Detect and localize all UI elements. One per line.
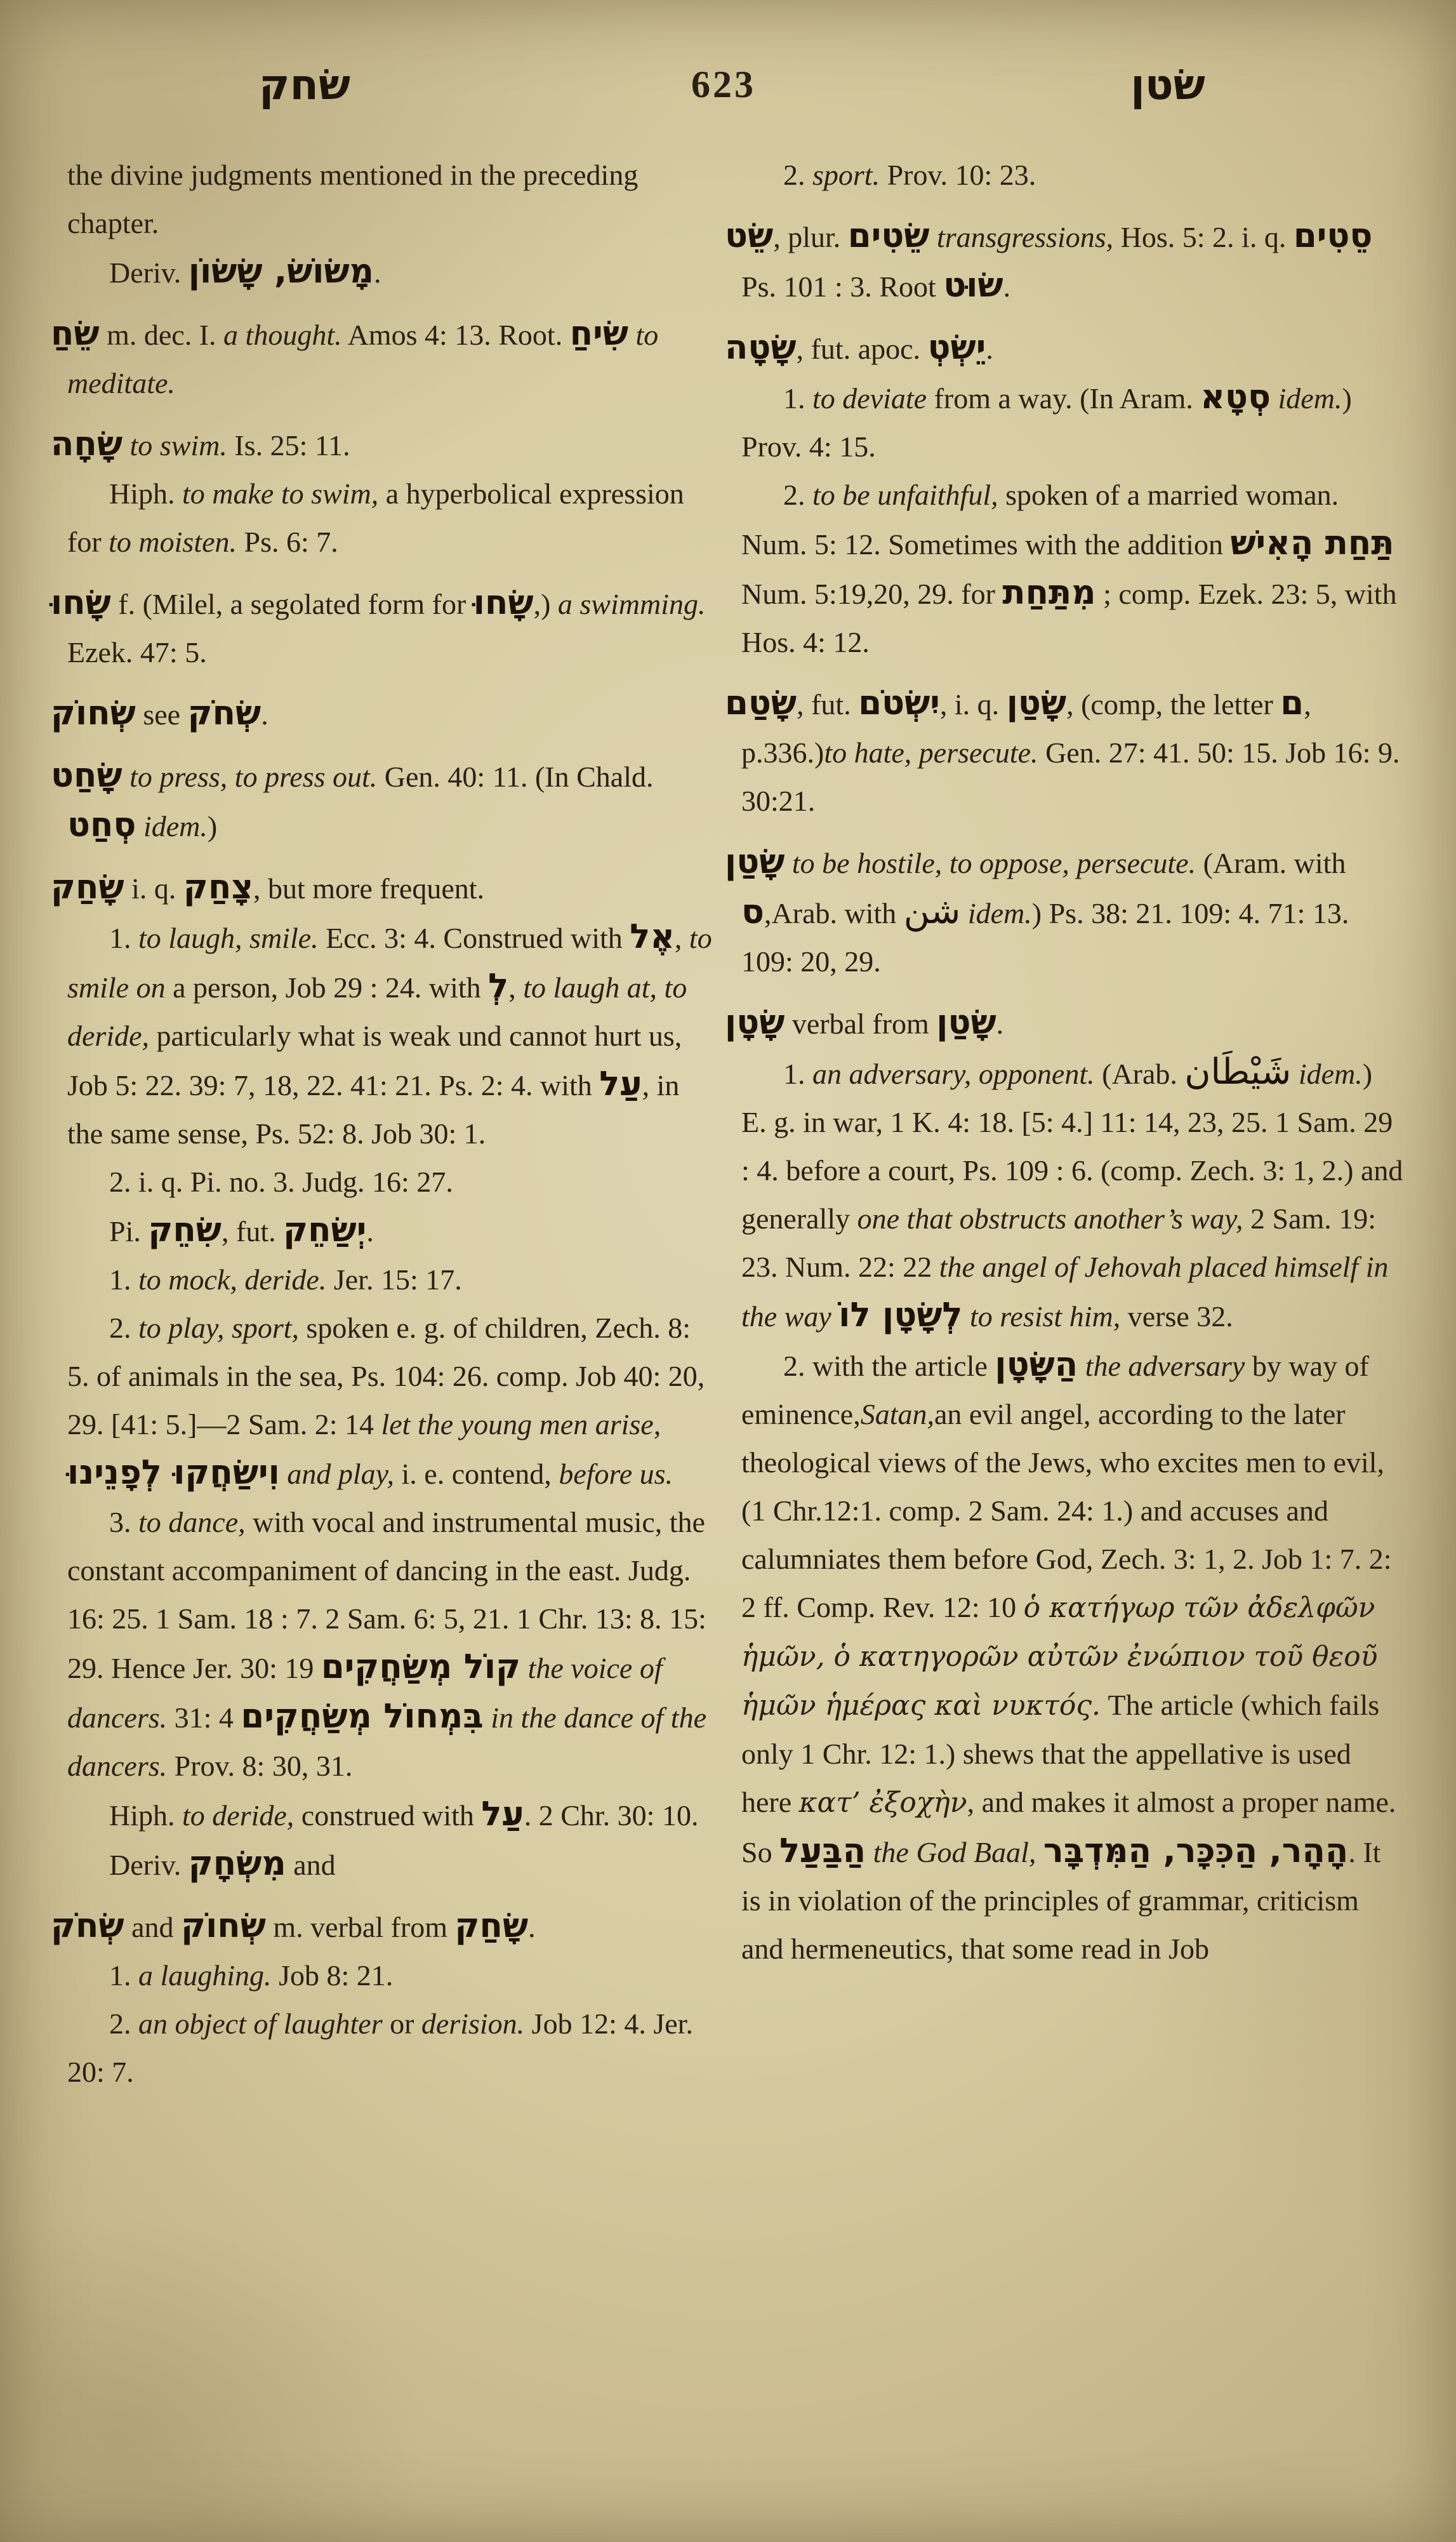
hebrew-text: שָׂחַק	[51, 868, 124, 907]
latin-text: Deriv.	[109, 1849, 189, 1881]
latin-text: Jer. 15: 17.	[326, 1263, 461, 1296]
italic-text: idem.	[136, 810, 207, 842]
latin-text: 3.	[109, 1506, 138, 1538]
latin-text: Deriv.	[109, 256, 189, 289]
paragraph: 1. a laughing. Job 8: 21.	[67, 1952, 713, 2000]
latin-text: , fut.	[797, 688, 858, 721]
lexicon-entry: שְׂחֹק and שְׂחוֹק m. verbal from שָׂחַק…	[67, 1902, 713, 1952]
latin-text: from a way. (In Aram.	[927, 382, 1200, 415]
latin-text: and	[286, 1849, 336, 1881]
latin-text: 1.	[109, 1959, 138, 1992]
hebrew-text: הָהָר, הַכִּכָּר, הַמִּדְבָּר	[1043, 1832, 1348, 1870]
latin-text: Hiph.	[109, 477, 182, 510]
paragraph: Hiph. to make to swim, a hyperbolical ex…	[67, 470, 713, 566]
lexicon-entry: שֵׂחַ m. dec. I. a thought. Amos 4: 13. …	[67, 310, 713, 408]
latin-text	[1036, 1836, 1043, 1868]
italic-text: to make to swim,	[182, 477, 378, 510]
hebrew-text: שְׂחֹק	[51, 1906, 124, 1945]
running-head-right: שׂטן	[1066, 50, 1269, 119]
hebrew-text: לְשָׂטָן לוֹ	[838, 1296, 962, 1334]
latin-text: 2.	[783, 479, 812, 511]
latin-text: i. e. contend,	[394, 1458, 559, 1490]
latin-text: , but more frequent.	[253, 872, 484, 905]
italic-text: idem.	[960, 897, 1031, 929]
hebrew-text: שְׂחֹק	[188, 694, 261, 733]
latin-text: Gen. 40: 11. (In Chald.	[377, 761, 653, 793]
hebrew-text: הַבַּעַל	[779, 1832, 866, 1870]
latin-text: construed with	[294, 1799, 481, 1832]
latin-text: Pi.	[109, 1215, 148, 1248]
latin-text: )	[208, 810, 217, 842]
italic-text: to moisten.	[109, 526, 237, 558]
latin-text: , fut. apoc.	[797, 333, 928, 365]
lexicon-entry: שָׂטַם, fut. יִשְׂטֹם, i. q. שָׂטַן, (co…	[741, 679, 1404, 825]
paragraph: 2. an object of laughter or derision. Jo…	[67, 2000, 713, 2096]
latin-text: (Aram. with	[1196, 847, 1346, 879]
latin-text: .	[986, 333, 993, 365]
lexicon-entry: שָׂטַן to be hostile, to oppose, persecu…	[741, 838, 1404, 986]
hebrew-text: מִתַּחַת	[1002, 573, 1095, 612]
latin-text: Ecc. 3: 4. Construed with	[319, 922, 630, 954]
italic-text: a thought.	[223, 319, 342, 351]
hebrew-text: שָׂחָה	[51, 425, 122, 463]
italic-text: transgressions,	[929, 221, 1113, 253]
running-head-right-text: שׂטן	[1130, 60, 1205, 109]
paragraph: 2. with the article הַשָּׂטָן the advers…	[741, 1341, 1404, 1973]
hebrew-text: ם	[1280, 684, 1304, 722]
lexicon-page: שׂחק 623 שׂטן the divine judgments menti…	[0, 0, 1456, 2542]
latin-text: or	[383, 2007, 421, 2040]
hebrew-text: תַּחַת הָאִישׁ	[1230, 524, 1394, 562]
latin-text: Ps. 6: 7.	[237, 526, 338, 558]
arabic-text: شَيْطَان	[1184, 1051, 1291, 1093]
latin-text: ,Arab. with	[764, 897, 904, 929]
latin-text: .	[1003, 270, 1011, 303]
latin-text: (Arab.	[1095, 1058, 1185, 1090]
lexicon-entry: שָׂחָה to swim. Is. 25: 11.	[67, 420, 713, 470]
paragraph: 1. to laugh, smile. Ecc. 3: 4. Construed…	[67, 913, 713, 1158]
page-number: 623	[654, 50, 793, 119]
latin-text: Job 8: 21.	[272, 1959, 394, 1992]
paragraph: 1. an adversary, opponent. (Arab. شَيْطَ…	[741, 1048, 1404, 1341]
latin-text: a person, Job 29 : 24. with	[166, 971, 489, 1004]
hebrew-text: שָׂחַט	[51, 756, 122, 795]
italic-text: to deviate	[812, 382, 927, 415]
latin-text: Hos. 5: 2. i. q.	[1113, 221, 1294, 253]
running-head-left: שׂחק	[209, 50, 400, 119]
hebrew-text: מָשׂוֹשׂ, שָׂשׂוֹן	[189, 252, 374, 291]
latin-text: Ezek. 47: 5.	[67, 636, 207, 669]
latin-text: Prov. 8: 30, 31.	[167, 1750, 352, 1782]
italic-text: to be hostile, to oppose, persecute.	[784, 847, 1196, 879]
hebrew-text: לְ	[488, 967, 508, 1006]
lexicon-entry: שָׂטָן verbal from שָׂטַן.	[741, 999, 1404, 1048]
greek-text: κατ’ ἐξοχὴν	[799, 1787, 967, 1819]
italic-text: idem.	[1271, 382, 1342, 415]
paragraph: 2. i. q. Pi. no. 3. Judg. 16: 27.	[67, 1158, 713, 1206]
latin-text: Amos 4: 13. Root.	[342, 319, 570, 351]
hebrew-text: סֵטִים	[1294, 216, 1373, 255]
latin-text: and	[124, 1911, 181, 1943]
italic-text: to be unfaithful,	[812, 479, 998, 511]
latin-text: .	[374, 256, 381, 289]
italic-text: to resist him,	[962, 1300, 1120, 1333]
latin-text: 2. with the article	[783, 1350, 995, 1382]
italic-text: to swim.	[122, 429, 227, 462]
hebrew-text: שִׂחֵק	[148, 1211, 222, 1249]
latin-text: Ps. 101 : 3. Root	[741, 270, 943, 303]
latin-text: 2. i. q. Pi. no. 3. Judg. 16: 27.	[109, 1166, 453, 1198]
latin-text: ,	[675, 922, 689, 954]
hebrew-text: קוֹל מְשַׂחֲקִים	[321, 1647, 520, 1686]
italic-text: before us.	[559, 1458, 673, 1490]
lexicon-entry: שָׂחוּ f. (Milel, a segolated form for ש…	[67, 579, 713, 677]
page-number-text: 623	[691, 63, 756, 107]
latin-text: .	[528, 1911, 536, 1943]
latin-text: Is. 25: 11.	[227, 429, 350, 462]
hebrew-text: שָׂחוּ	[473, 583, 534, 622]
latin-text: Hiph.	[109, 1799, 182, 1832]
latin-text: ,)	[534, 588, 558, 620]
paragraph: Pi. שִׂחֵק, fut. יְשַׂחֵק.	[67, 1206, 713, 1256]
hebrew-text: שְׂחוֹק	[181, 1906, 266, 1945]
italic-text: one that obstructs another’s way,	[857, 1202, 1243, 1235]
running-head-left-text: שׂחק	[259, 60, 350, 109]
arabic-text: شن	[904, 891, 961, 932]
latin-text: 2.	[109, 2007, 138, 2040]
hebrew-text: שָׂטַן	[725, 842, 784, 881]
latin-text: , plur.	[773, 221, 848, 253]
latin-text: Prov. 10: 23.	[880, 159, 1036, 191]
latin-text: 1.	[109, 1263, 138, 1296]
latin-text: .	[996, 1008, 1004, 1040]
latin-text: 2.	[109, 1312, 138, 1344]
italic-text: Satan,	[861, 1398, 934, 1430]
hebrew-text: עַל	[481, 1795, 524, 1833]
hebrew-text: יְשַׂחֵק	[283, 1211, 366, 1249]
latin-text: ,	[508, 971, 523, 1004]
italic-text: derision.	[421, 2007, 524, 2040]
hebrew-text: יִשְׂטֹם	[858, 684, 940, 722]
hebrew-text: סְחַט	[67, 806, 136, 844]
hebrew-text: שָׂטָן	[725, 1003, 784, 1042]
latin-text: Num. 5:19,20, 29. for	[741, 578, 1002, 610]
hebrew-text: יֵשְׂטְ	[928, 328, 986, 367]
italic-text: to laugh, smile.	[138, 922, 319, 954]
italic-text: to dance,	[138, 1506, 246, 1538]
hebrew-text: שָׂטַן	[936, 1003, 996, 1042]
latin-text: , i. q.	[940, 688, 1007, 721]
italic-text: to press, to press out.	[122, 761, 378, 793]
italic-text: to play, sport,	[138, 1312, 299, 1344]
hebrew-text: שָׂחוּ	[51, 583, 111, 622]
hebrew-text: שׂוּט	[943, 266, 1003, 305]
lexicon-entry: שָׂטָה, fut. apoc. יֵשְׂטְ.	[741, 324, 1404, 373]
hebrew-text: שָׂטַן	[1007, 684, 1066, 722]
latin-text: 2.	[783, 159, 812, 191]
hebrew-text: שֵׂחַ	[51, 314, 100, 353]
italic-text: sport.	[812, 159, 880, 191]
latin-text: , (comp, the letter	[1066, 688, 1280, 721]
hebrew-text: וִישַׂחֲקוּ לְפָנֵינוּ	[67, 1453, 280, 1492]
italic-text: the adversary	[1078, 1350, 1245, 1382]
hebrew-text: מִשְׂחָק	[189, 1844, 286, 1883]
paragraph: 1. to deviate from a way. (In Aram. סְטָ…	[741, 373, 1404, 471]
hebrew-text: עַל	[599, 1065, 642, 1103]
latin-text: , fut.	[222, 1215, 283, 1248]
lexicon-entry: שְׂחוֹק see שְׂחֹק.	[67, 689, 713, 739]
italic-text: a swimming.	[558, 588, 706, 620]
hebrew-text: שָׂחַק	[455, 1906, 529, 1945]
hebrew-text: שֵׂטִים	[848, 216, 930, 255]
latin-text: verse 32.	[1120, 1300, 1233, 1333]
latin-text: f. (Milel, a segolated form for	[111, 588, 473, 620]
paragraph: the divine judgments mentioned in the pr…	[67, 151, 713, 248]
paragraph: 2. to play, sport, spoken e. g. of child…	[67, 1304, 713, 1498]
hebrew-text: ס	[741, 893, 764, 931]
text-column-right: 2. sport. Prov. 10: 23.שֵׂט, plur. שֵׂטִ…	[741, 151, 1404, 1973]
italic-text: let the young men arise,	[381, 1408, 661, 1441]
hebrew-text: שָׂטָה	[725, 328, 797, 367]
latin-text: m. verbal from	[266, 1911, 455, 1943]
italic-text: an object of laughter	[138, 2007, 383, 2040]
hebrew-text: אֶל	[630, 917, 675, 956]
latin-text: .	[366, 1215, 374, 1248]
paragraph: Deriv. מָשׂוֹשׂ, שָׂשׂוֹן.	[67, 248, 713, 297]
latin-text: the divine judgments mentioned in the pr…	[67, 159, 638, 239]
paragraph: 2. to be unfaithful, spoken of a married…	[741, 471, 1404, 667]
hebrew-text: בִּמְחוֹל מְשַׂחֲקִים	[241, 1697, 483, 1736]
latin-text: m. dec. I.	[100, 319, 223, 351]
italic-text: to deride,	[182, 1799, 294, 1832]
hebrew-text: הַשָּׂטָן	[995, 1345, 1078, 1384]
lexicon-entry: שָׂחַק i. q. צָחַק, but more frequent.	[67, 863, 713, 913]
latin-text: particularly what is weak und cannot hur…	[67, 1020, 682, 1101]
latin-text: 31: 4	[167, 1701, 241, 1734]
italic-text: a laughing.	[138, 1959, 272, 1992]
hebrew-text: שֵׂט	[725, 216, 773, 255]
paragraph: 3. to dance, with vocal and instrumental…	[67, 1498, 713, 1790]
italic-text: idem.	[1291, 1058, 1362, 1090]
italic-text: to hate, persecute.	[824, 736, 1038, 769]
latin-text: .	[261, 698, 268, 731]
lexicon-entry: שֵׂט, plur. שֵׂטִים transgressions, Hos.…	[741, 212, 1404, 311]
italic-text: to mock, deride.	[138, 1263, 326, 1296]
paragraph: Deriv. מִשְׂחָק and	[67, 1840, 713, 1889]
hebrew-text: צָחַק	[183, 868, 253, 907]
hebrew-text: סְטָא	[1200, 378, 1271, 416]
paragraph: 1. to mock, deride. Jer. 15: 17.	[67, 1256, 713, 1304]
text-column-left: the divine judgments mentioned in the pr…	[67, 151, 713, 2096]
latin-text: see	[136, 698, 188, 731]
latin-text: 1.	[783, 1058, 812, 1090]
latin-text: i. q.	[124, 872, 183, 905]
latin-text: . 2 Chr. 30: 10.	[524, 1799, 699, 1832]
italic-text: the God Baal,	[866, 1836, 1036, 1868]
hebrew-text: שִׂיחַ	[570, 314, 628, 353]
lexicon-entry: שָׂחַט to press, to press out. Gen. 40: …	[67, 752, 713, 851]
paragraph: Hiph. to deride, construed with עַל. 2 C…	[67, 1790, 713, 1840]
latin-text: an evil angel, according to the later th…	[741, 1398, 1392, 1623]
latin-text: verbal from	[784, 1008, 936, 1040]
italic-text: an adversary, opponent.	[812, 1058, 1095, 1090]
latin-text: 1.	[783, 382, 812, 415]
paragraph: 2. sport. Prov. 10: 23.	[741, 151, 1404, 199]
hebrew-text: שְׂחוֹק	[51, 694, 136, 733]
hebrew-text: שָׂטַם	[725, 684, 797, 722]
latin-text: 1.	[109, 922, 138, 954]
italic-text: and play,	[280, 1458, 394, 1490]
